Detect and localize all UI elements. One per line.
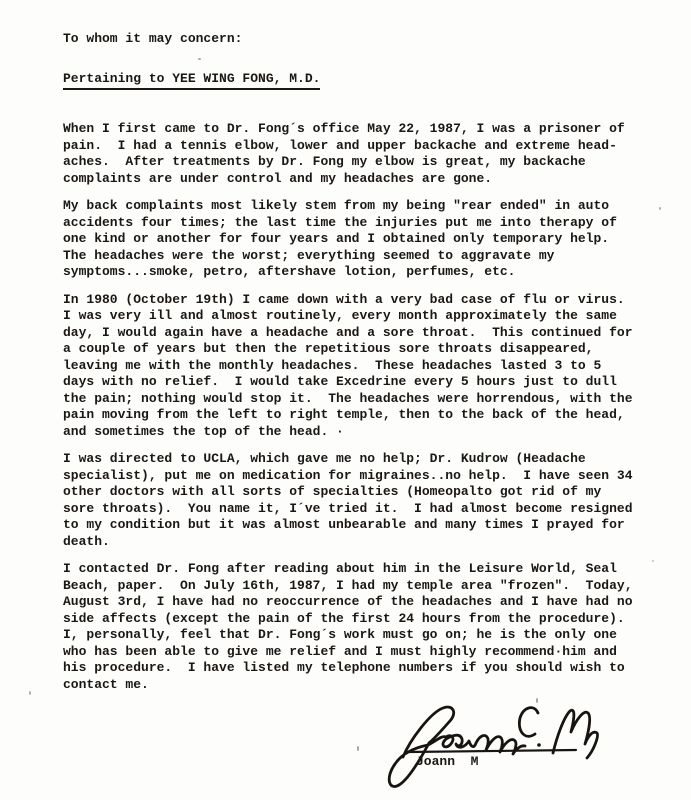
scan-speckle bbox=[536, 698, 538, 703]
typed-signature-name: Joann M bbox=[416, 754, 478, 771]
signature-block: Joann M bbox=[385, 700, 615, 800]
scan-speckle bbox=[652, 560, 654, 562]
paragraph-2: My back complaints most likely stem from… bbox=[63, 198, 655, 281]
scan-speckle bbox=[29, 691, 31, 695]
scan-speckle bbox=[659, 207, 661, 210]
letter-page: To whom it may concern: Pertaining to YE… bbox=[0, 0, 691, 800]
subject-text: Pertaining to YEE WING FONG, M.D. bbox=[63, 71, 320, 91]
scan-speckle bbox=[198, 58, 201, 60]
letter-body: To whom it may concern: Pertaining to YE… bbox=[63, 31, 655, 704]
paragraph-4: I was directed to UCLA, which gave me no… bbox=[63, 451, 655, 550]
scan-speckle bbox=[357, 746, 359, 751]
subject-line: Pertaining to YEE WING FONG, M.D. bbox=[63, 71, 655, 91]
salutation: To whom it may concern: bbox=[63, 31, 655, 48]
paragraph-3: In 1980 (October 19th) I came down with … bbox=[63, 292, 655, 441]
handwritten-signature-joann-c-m bbox=[385, 700, 610, 800]
paragraph-5: I contacted Dr. Fong after reading about… bbox=[63, 561, 655, 693]
paragraph-1: When I first came to Dr. Fong´s office M… bbox=[63, 121, 655, 187]
